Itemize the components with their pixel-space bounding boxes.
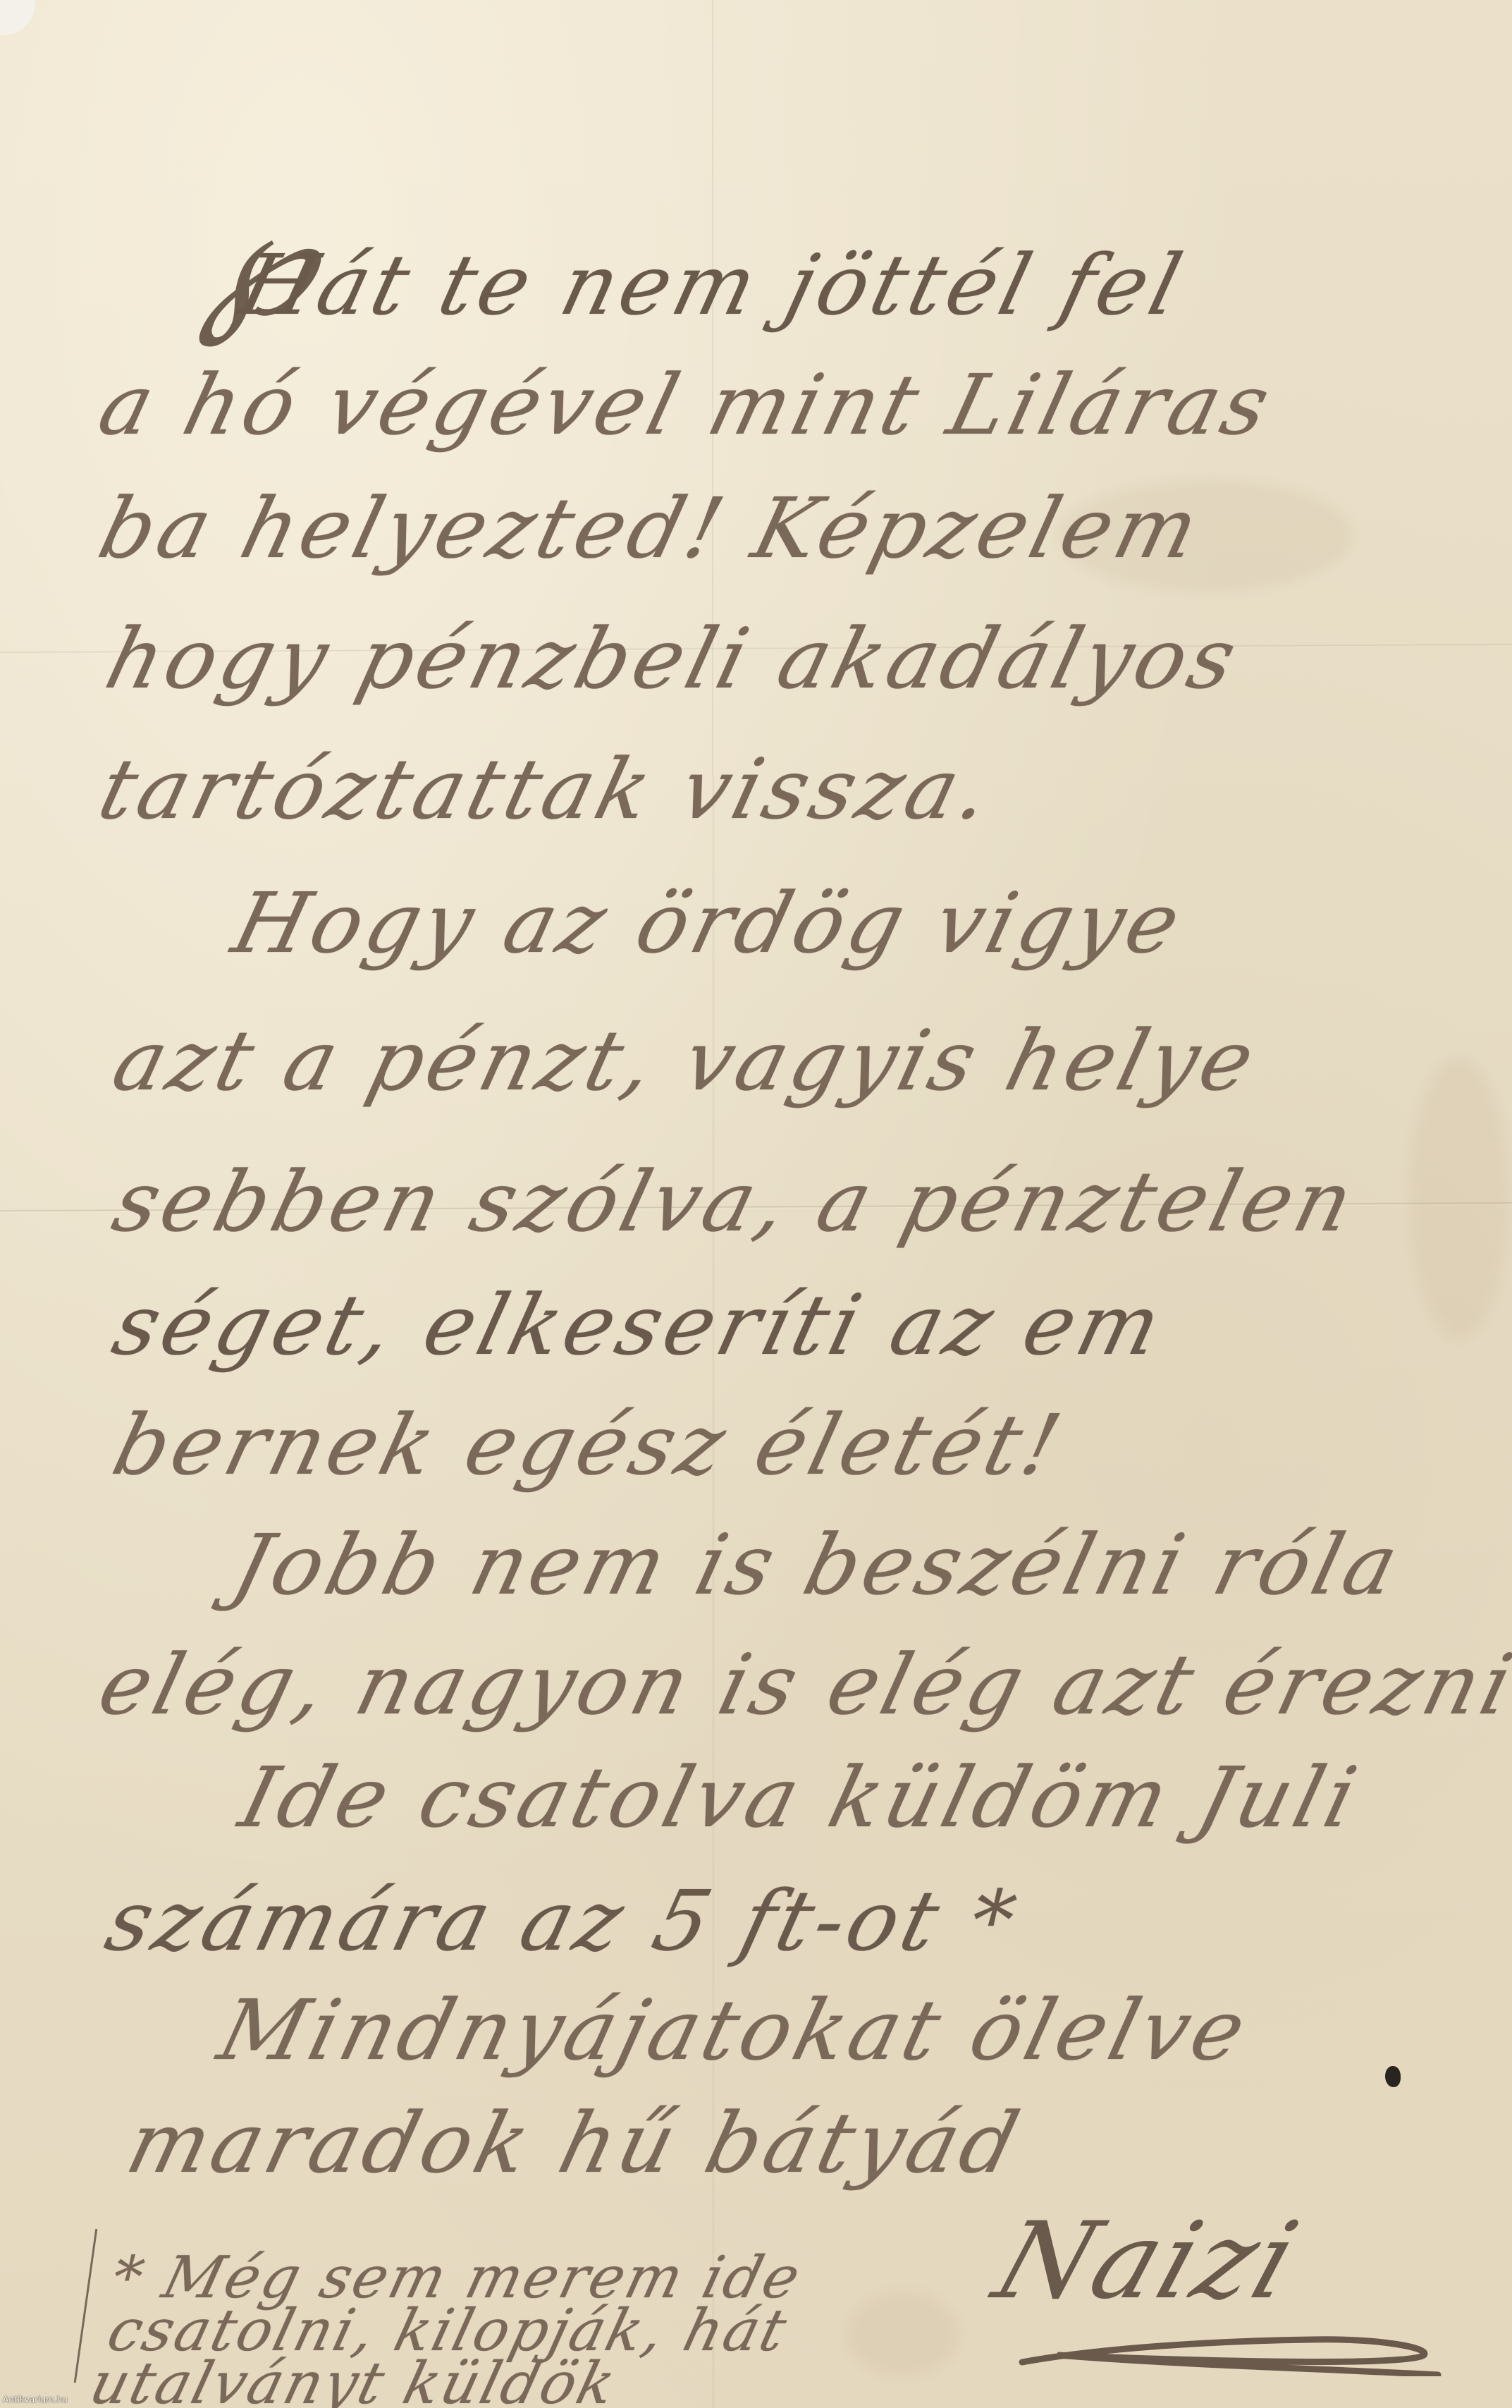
paper-stain [1410, 1058, 1508, 1340]
letter-line-3: ba helyezted! Képzelem [92, 487, 1210, 570]
footnote-bracket [74, 2229, 98, 2383]
torn-corner [0, 0, 35, 35]
signature-underline-flourish [1015, 2334, 1445, 2376]
letter-line-4: hogy pénzbeli akadályos [99, 617, 1248, 700]
letter-line-6: Hogy az ördög vigye [226, 881, 1192, 965]
letter-line-9: séget, elkeseríti az em [106, 1283, 1172, 1367]
letter-line-14: számára az 5 ft-ot * [99, 1879, 1028, 1962]
letter-line-7: azt a pénzt, vagyis helye [106, 1019, 1266, 1102]
letter-line-10: bernek egész életét! [106, 1403, 1072, 1486]
letter-line-15: Mindnyájatokat ölelve [211, 1988, 1258, 2072]
signature: Naizi [981, 2200, 1314, 2323]
letter-line-1: Hát te nem jöttél fel [233, 243, 1193, 326]
letter-line-5: tartóztattak vissza. [92, 747, 1002, 831]
letter-page: ℘ Hát te nem jöttél fel a hó végével min… [0, 0, 1512, 2408]
letter-line-2: a hó végével mint Liláras [92, 363, 1281, 446]
footnote-line-3: utalványt küldök [85, 2355, 622, 2408]
letter-line-8: sebben szólva, a pénztelen [106, 1160, 1365, 1243]
letter-line-16: maradok hű bátyád [120, 2101, 1030, 2184]
letter-line-12: elég, nagyon is elég azt érezni [92, 1643, 1512, 1726]
watermark: Antikvarium.hu [3, 2395, 68, 2404]
letter-line-13: Ide csatolva küldöm Juli [233, 1756, 1368, 1839]
letter-line-11: Jobb nem is beszélni róla [226, 1523, 1410, 1606]
ink-blot [1385, 2066, 1401, 2087]
paper-stain [846, 2292, 959, 2376]
